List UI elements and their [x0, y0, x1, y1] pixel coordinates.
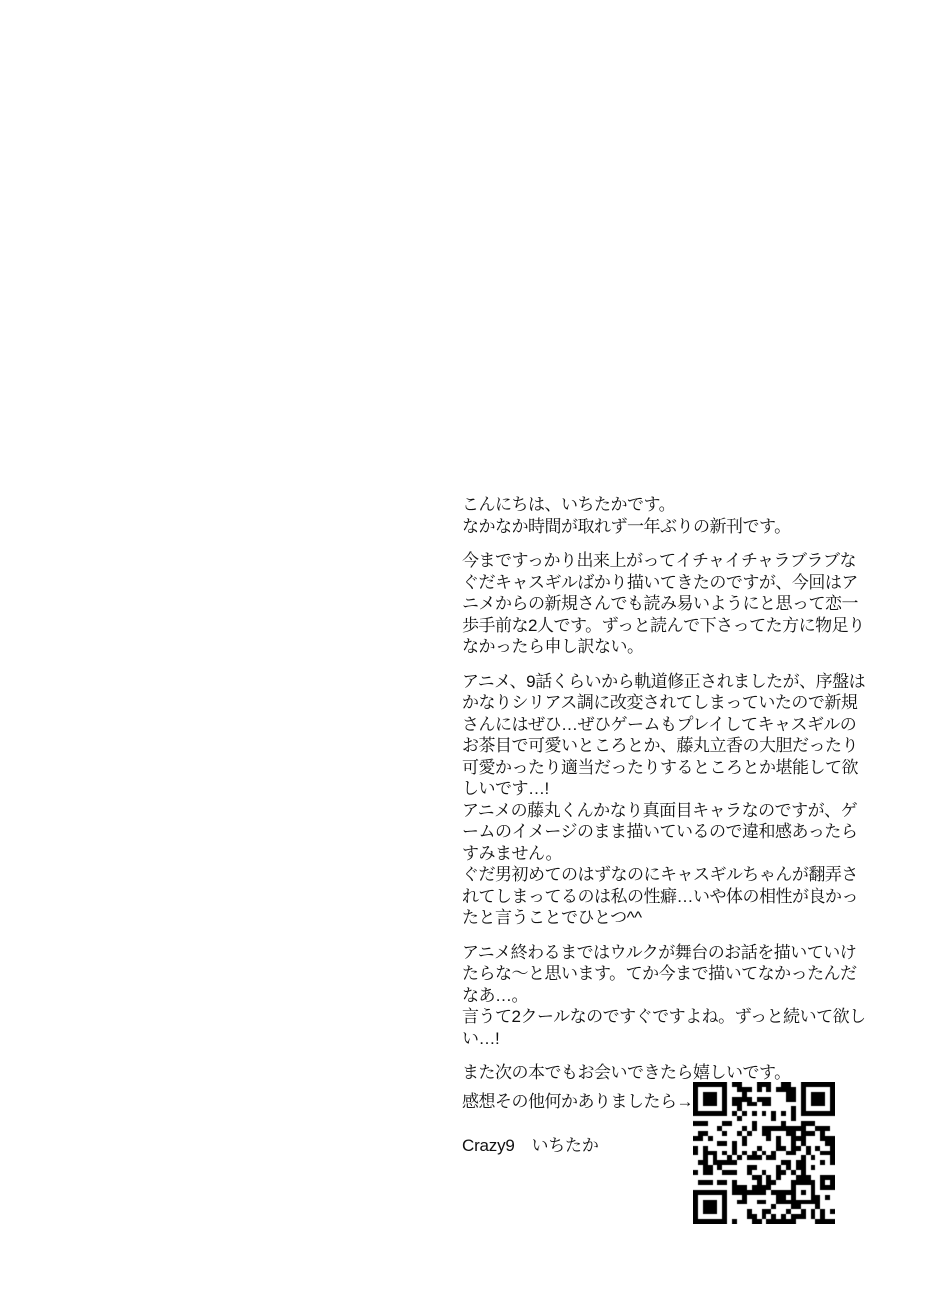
text-line: 可愛かったり適当だったりするところとか堪能して欲 [462, 757, 864, 779]
text-line: い…! [462, 1028, 864, 1050]
credit-label: Crazy9 いちたか [462, 1135, 599, 1157]
text-line: 歩手前な2人です。ずっと読んで下さってた方に物足り [462, 615, 864, 637]
text-line: 言うて2クールなのですぐですよね。ずっと続いて欲し [462, 1006, 864, 1028]
text-line: ニメからの新規さんでも読み易いようにと思って恋一 [462, 593, 864, 615]
text-line: れてしまってるのは私の性癖…いや体の相性が良かっ [462, 886, 864, 908]
paragraph: アニメ終わるまではウルクが舞台のお話を描いていけたらな〜と思います。てか今まで描… [462, 942, 864, 1050]
text-line: こんにちは、いちたかです。 [462, 494, 864, 516]
text-line: さんにはぜひ…ぜひゲームもプレイしてキャスギルの [462, 714, 864, 736]
text-line: ームのイメージのまま描いているので違和感あったら [462, 821, 864, 843]
paragraph: こんにちは、いちたかです。なかなか時間が取れず一年ぶりの新刊です。 [462, 494, 864, 537]
paragraph: 今まですっかり出来上がってイチャイチャラブラブなぐだキャスギルばかり描いてきたの… [462, 550, 864, 658]
text-line: たと言うことでひとつ^^ [462, 907, 864, 929]
afterword-text: こんにちは、いちたかです。なかなか時間が取れず一年ぶりの新刊です。今まですっかり… [462, 494, 864, 1097]
text-line: ぐだ男初めてのはずなのにキャスギルちゃんが翻弄さ [462, 864, 864, 886]
afterword-page: こんにちは、いちたかです。なかなか時間が取れず一年ぶりの新刊です。今まですっかり… [0, 0, 950, 1299]
paragraph: また次の本でもお会いできたら嬉しいです。 [462, 1062, 864, 1084]
text-line: すみません。 [462, 843, 864, 865]
text-line: なあ…。 [462, 985, 864, 1007]
text-line: たらな〜と思います。てか今まで描いてなかったんだ [462, 963, 864, 985]
text-line: しいです…! [462, 778, 864, 800]
text-line: なかったら申し訳ない。 [462, 636, 864, 658]
text-line: お茶目で可愛いところとか、藤丸立香の大胆だったり [462, 735, 864, 757]
text-line: アニメの藤丸くんかなり真面目キャラなのですが、ゲ [462, 800, 864, 822]
feedback-label: 感想その他何かありましたら→ [462, 1091, 693, 1113]
text-line: かなりシリアス調に改変されてしまっていたので新規 [462, 692, 864, 714]
text-line: なかなか時間が取れず一年ぶりの新刊です。 [462, 516, 864, 538]
text-line: アニメ終わるまではウルクが舞台のお話を描いていけ [462, 942, 864, 964]
qr-code-icon [693, 1082, 835, 1224]
text-line: アニメ、9話くらいから軌道修正されましたが、序盤は [462, 671, 864, 693]
text-line: ぐだキャスギルばかり描いてきたのですが、今回はア [462, 572, 864, 594]
text-line: 今まですっかり出来上がってイチャイチャラブラブな [462, 550, 864, 572]
text-line: また次の本でもお会いできたら嬉しいです。 [462, 1062, 864, 1084]
paragraph: アニメ、9話くらいから軌道修正されましたが、序盤はかなりシリアス調に改変されてし… [462, 671, 864, 929]
